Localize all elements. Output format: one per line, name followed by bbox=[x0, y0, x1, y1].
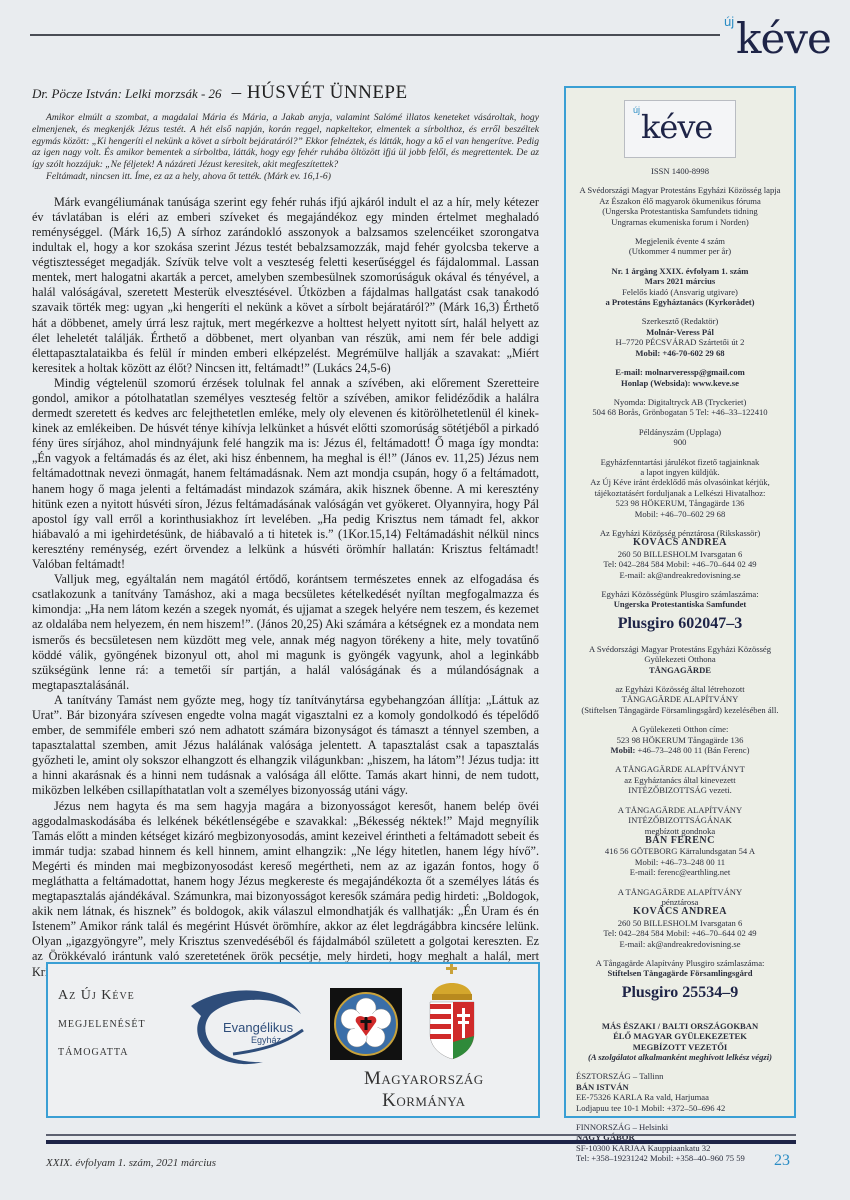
about-line: Ungrarnas ekumeniska forum i Norden) bbox=[566, 217, 794, 227]
board-line: az Egyháztanács által kinevezett bbox=[566, 775, 794, 785]
footer-issue: XXIX. évfolyam 1. szám, 2021 március bbox=[46, 1157, 216, 1169]
body-paragraph: Mindig végtelenül szomorú érzések toluln… bbox=[32, 376, 539, 572]
logo-keve-text: kéve bbox=[641, 105, 712, 149]
about-line: (Ungerska Protestantiska Samfundets tidn… bbox=[566, 206, 794, 216]
f-treasurer-phone: Tel: 042–284 584 Mobil: +46–70–644 02 49 bbox=[566, 928, 794, 938]
caretaker-name: BÁN FERENC bbox=[566, 836, 794, 846]
editor-label: Szerkesztő (Redaktör) bbox=[566, 316, 794, 326]
foundation-treasurer-block: A TÅNGAGÄRDE ALAPÍTVÁNY pénztárosa KOVÁC… bbox=[566, 887, 794, 949]
article-heading: Dr. Pöcze István: Lelki morzsák - 26 – H… bbox=[32, 82, 539, 104]
body-paragraph: Jézus nem hagyta és ma sem hagyja magára… bbox=[32, 799, 539, 980]
footer-rule-thick bbox=[46, 1140, 796, 1144]
home-address-label: A Gyülekezeti Otthon címe: bbox=[566, 724, 794, 734]
svg-text:Egyház: Egyház bbox=[251, 1035, 282, 1045]
luther-rose-icon bbox=[330, 988, 402, 1060]
editor-mobile: Mobil: +46-70-602 29 68 bbox=[566, 348, 794, 358]
svg-text:Evangélikus: Evangélikus bbox=[223, 1020, 294, 1035]
article-body: Márk evangéliumának tanúsága szerint egy… bbox=[32, 195, 539, 980]
plusgiro-org: Stiftelsen Tångagärde Församlingsgård bbox=[566, 968, 794, 978]
estonia-block: ÉSZTORSZÁG – Tallinn BÁN ISTVÁN EE-75326… bbox=[566, 1071, 794, 1113]
copies-value: 900 bbox=[566, 437, 794, 447]
address-line: SF-10300 KARJAA Kauppiaankatu 32 bbox=[576, 1143, 794, 1153]
sponsor-line: megjelenését bbox=[58, 1010, 146, 1038]
email-link[interactable]: E-mail: molnarveressp@gmail.com bbox=[566, 367, 794, 377]
leaders-heading-block: MÁS ÉSZAKI / BALTI ORSZÁGOKBAN ÉLŐ MAGYA… bbox=[566, 1021, 794, 1063]
plusgiro-number: Plusgiro 602047–3 bbox=[566, 614, 794, 634]
caretaker-block: A TÅNGAGÄRDE ALAPÍTVÁNY INTÉZŐBIZOTTSÁGÁ… bbox=[566, 805, 794, 878]
home-address: 523 98 HÖKERUM Tångagärde 136 bbox=[566, 735, 794, 745]
contact-block: E-mail: molnarveressp@gmail.com Honlap (… bbox=[566, 367, 794, 388]
leaders-heading: MÁS ÉSZAKI / BALTI ORSZÁGOKBAN bbox=[566, 1021, 794, 1031]
members-line: Egyházfenntartási járulékot fizető tagja… bbox=[566, 457, 794, 467]
article-lead-quote: Amikor elmúlt a szombat, a magdalai Mári… bbox=[32, 112, 539, 183]
article: Dr. Pöcze István: Lelki morzsák - 26 – H… bbox=[32, 82, 539, 980]
sponsor-box: Az Új Kéve megjelenését támogatta Evangé… bbox=[46, 962, 540, 1118]
home-line: Gyülekezeti Otthona bbox=[566, 654, 794, 664]
article-byline: Dr. Pöcze István: Lelki morzsák - 26 bbox=[32, 86, 222, 102]
frequency-line: Megjelenik évente 4 szám bbox=[566, 236, 794, 246]
members-line: tájékoztatásért forduljanak a Lelkészi H… bbox=[566, 488, 794, 498]
caretaker-mobile: Mobil: +46–73–248 00 11 bbox=[566, 857, 794, 867]
editor-block: Szerkesztő (Redaktör) Molnár-Veress Pál … bbox=[566, 316, 794, 358]
about-line: A Svédországi Magyar Protestáns Egyházi … bbox=[566, 185, 794, 195]
leader-name: BÁN ISTVÁN bbox=[576, 1082, 794, 1092]
printer-block: Nyomda: Digitaltryck AB (Tryckeriet) 504… bbox=[566, 397, 794, 418]
members-line: Az Új Kéve iránt érdeklődő más olvasóink… bbox=[566, 477, 794, 487]
caretaker-label: INTÉZŐBIZOTTSÁGÁNAK bbox=[566, 815, 794, 825]
plusgiro-label: Egyházi Közösségünk Plusgiro számlaszáma… bbox=[566, 589, 794, 599]
about-block: A Svédországi Magyar Protestáns Egyházi … bbox=[566, 185, 794, 227]
caretaker-address: 416 56 GÖTEBORG Kärralundsgatan 54 A bbox=[566, 846, 794, 856]
sponsor-line: Az Új Kéve bbox=[58, 982, 146, 1010]
f-treasurer-address: 260 50 BILLESHOLM Ivarsgatan 6 bbox=[566, 918, 794, 928]
plusgiro-label: A Tångagärde Alapítvány Plusgiro számlas… bbox=[566, 958, 794, 968]
treasurer-address: 260 50 BILLESHOLM Ivarsgatan 6 bbox=[566, 549, 794, 559]
printer-line: 504 68 Borås, Grönbogatan 5 Tel: +46–33–… bbox=[566, 407, 794, 417]
government-logo-text: Magyarország Kormánya bbox=[364, 1068, 484, 1112]
editor-name: Molnár-Veress Pál bbox=[566, 327, 794, 337]
plusgiro-number: Plusgiro 25534–9 bbox=[566, 983, 794, 1003]
logo-uj-text: új bbox=[724, 14, 734, 29]
website-link[interactable]: Honlap (Websida): www.keve.se bbox=[566, 378, 794, 388]
address-line: EE-75326 KARLA Ra vald, Harjumaa bbox=[576, 1092, 794, 1102]
printer-line: Nyomda: Digitaltryck AB (Tryckeriet) bbox=[566, 397, 794, 407]
leaders-heading: ÉLŐ MAGYAR GYÜLEKEZETEK bbox=[566, 1031, 794, 1041]
frequency-block: Megjelenik évente 4 szám (Utkommer 4 num… bbox=[566, 236, 794, 257]
footer-rule bbox=[46, 1134, 796, 1136]
home-name: TÅNGAGÄRDE bbox=[566, 665, 794, 675]
plusgiro1-block: Egyházi Közösségünk Plusgiro számlaszáma… bbox=[566, 589, 794, 634]
issue-line: Mars 2021 március bbox=[566, 276, 794, 286]
issue-block: Nr. 1 årgång XXIX. évfolyam 1. szám Mars… bbox=[566, 266, 794, 308]
sponsor-text: Az Új Kéve megjelenését támogatta bbox=[58, 982, 146, 1066]
country: ÉSZTORSZÁG – Tallinn bbox=[576, 1071, 794, 1081]
lead-paragraph: Amikor elmúlt a szombat, a magdalai Mári… bbox=[32, 112, 539, 171]
copies-label: Példányszám (Upplaga) bbox=[566, 427, 794, 437]
plusgiro-org: Ungerska Protestantiska Samfundet bbox=[566, 599, 794, 609]
leaders-note: (A szolgálatot alkalmanként meghívott le… bbox=[566, 1052, 794, 1062]
body-paragraph: A tanítvány Tamást nem győzte meg, hogy … bbox=[32, 693, 539, 799]
home-address-block: A Gyülekezeti Otthon címe: 523 98 HÖKERU… bbox=[566, 724, 794, 755]
hungarian-coat-of-arms-icon bbox=[426, 964, 478, 1060]
board-block: A TÅNGAGÄRDE ALAPÍTVÁNYT az Egyháztanács… bbox=[566, 764, 794, 795]
mobile-label: Mobil: bbox=[611, 745, 636, 755]
board-line: INTÉZŐBIZOTTSÁG vezeti. bbox=[566, 785, 794, 795]
caretaker-email-link[interactable]: E-mail: ferenc@earthling.net bbox=[566, 867, 794, 877]
address-line: Lodjapuu tee 10-1 Mobil: +372–50–696 42 bbox=[576, 1103, 794, 1113]
home-block: A Svédországi Magyar Protestáns Egyházi … bbox=[566, 644, 794, 675]
address-line: Tel: +358–19231242 Mobil: +358–40–960 75… bbox=[576, 1153, 794, 1163]
editor-address: H–7720 PÉCSVÁRAD Szártetői út 2 bbox=[566, 337, 794, 347]
issn: ISSN 1400-8998 bbox=[566, 166, 794, 176]
members-line: Mobil: +46–70–602 29 68 bbox=[566, 509, 794, 519]
home-line: A Svédországi Magyar Protestáns Egyházi … bbox=[566, 644, 794, 654]
mobile-value: +46–73–248 00 11 (Bán Ferenc) bbox=[635, 745, 749, 755]
f-treasurer-email-link[interactable]: E-mail: ak@andreakredovisning.se bbox=[566, 939, 794, 949]
country: FINNORSZÁG – Helsinki bbox=[576, 1122, 794, 1132]
copies-block: Példányszám (Upplaga) 900 bbox=[566, 427, 794, 448]
treasurer-phone: Tel: 042–284 584 Mobil: +46–70–644 02 49 bbox=[566, 559, 794, 569]
foundation-line: (Stiftelsen Tångagärde Församlingsgård) … bbox=[566, 705, 794, 715]
sidebar-logo: új kéve bbox=[624, 100, 736, 158]
sponsor-line: támogatta bbox=[58, 1038, 146, 1066]
foundation-block: az Egyházi Közösség által létrehozott TÅ… bbox=[566, 684, 794, 715]
publisher: a Protestáns Egyháztanács (Kyrkorådet) bbox=[566, 297, 794, 307]
masthead-sidebar: új kéve ISSN 1400-8998 A Svédországi Mag… bbox=[564, 86, 796, 1118]
evangelical-church-logo-icon: Evangélikus Egyház bbox=[183, 984, 308, 1070]
treasurer-email-link[interactable]: E-mail: ak@andreakredovisning.se bbox=[566, 570, 794, 580]
plusgiro2-block: A Tångagärde Alapítvány Plusgiro számlas… bbox=[566, 958, 794, 1003]
members-line: 523 98 HÖKERUM, Tångagärde 136 bbox=[566, 498, 794, 508]
f-treasurer-label: A TÅNGAGÄRDE ALAPÍTVÁNY bbox=[566, 887, 794, 897]
issue-line: Nr. 1 årgång XXIX. évfolyam 1. szám bbox=[566, 266, 794, 276]
treasurer-name: KOVÁCS ANDREA bbox=[566, 538, 794, 548]
page-number: 23 bbox=[774, 1152, 790, 1170]
article-title: – HÚSVÉT ÜNNEPE bbox=[232, 82, 408, 104]
gov-line: Magyarország bbox=[364, 1068, 484, 1090]
publisher-label: Felelős kiadó (Ansvarig utgivare) bbox=[566, 287, 794, 297]
treasurer-block: Az Egyházi Közösség pénztárosa (Rikskass… bbox=[566, 528, 794, 580]
logo-keve-text: kéve bbox=[736, 16, 831, 62]
members-line: a lapot ingyen küldjük. bbox=[566, 467, 794, 477]
caretaker-label: A TÅNGAGÄRDE ALAPÍTVÁNY bbox=[566, 805, 794, 815]
members-block: Egyházfenntartási járulékot fizető tagja… bbox=[566, 457, 794, 519]
f-treasurer-name: KOVÁCS ANDREA bbox=[566, 907, 794, 917]
header-rule bbox=[30, 34, 720, 36]
home-mobile: Mobil: +46–73–248 00 11 (Bán Ferenc) bbox=[566, 745, 794, 755]
gov-line: Kormánya bbox=[364, 1090, 484, 1112]
lead-paragraph: Feltámadt, nincsen itt. Íme, ez az a hel… bbox=[32, 171, 539, 183]
body-paragraph: Márk evangéliumának tanúsága szerint egy… bbox=[32, 195, 539, 376]
foundation-line: TÅNGAGÄRDE ALAPÍTVÁNY bbox=[566, 694, 794, 704]
board-line: A TÅNGAGÄRDE ALAPÍTVÁNYT bbox=[566, 764, 794, 774]
logo-uj-text: új bbox=[633, 105, 640, 115]
about-line: Az Északon élő magyarok ökumenikus fórum… bbox=[566, 196, 794, 206]
foundation-line: az Egyházi Közösség által létrehozott bbox=[566, 684, 794, 694]
frequency-line: (Utkommer 4 nummer per år) bbox=[566, 246, 794, 256]
leaders-heading: MEGBÍZOTT VEZETŐI bbox=[566, 1042, 794, 1052]
body-paragraph: Valljuk meg, egyáltalán nem magától értő… bbox=[32, 572, 539, 693]
